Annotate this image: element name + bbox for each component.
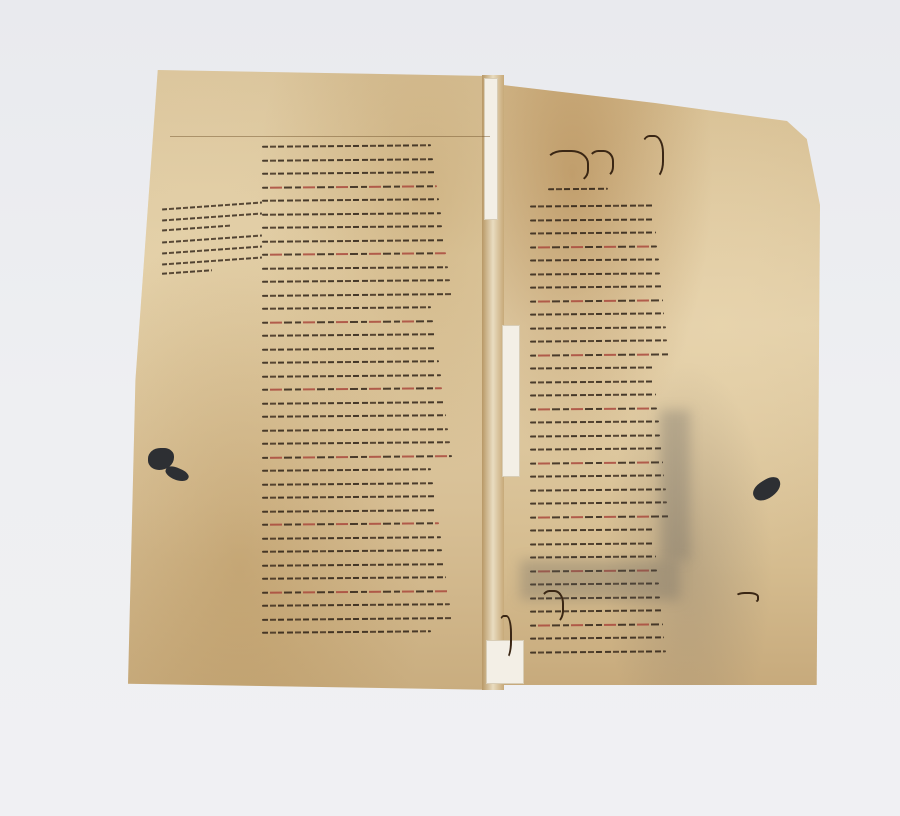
- script-line: [530, 650, 666, 653]
- script-line: [262, 347, 437, 351]
- script-line: [262, 455, 452, 459]
- script-line: [262, 536, 441, 540]
- script-line: [530, 366, 653, 369]
- script-line: [530, 488, 666, 491]
- page-rule-line: [170, 136, 490, 137]
- script-line: [530, 231, 656, 234]
- worm-track: [498, 615, 512, 659]
- script-line: [262, 414, 446, 418]
- script-line: [262, 185, 437, 189]
- worm-track: [735, 592, 759, 604]
- script-line: [262, 333, 435, 337]
- script-line: [262, 293, 452, 297]
- script-line: [262, 441, 450, 445]
- script-line: [262, 576, 446, 580]
- script-line: [262, 482, 433, 485]
- script-line: [530, 447, 662, 450]
- script-line: [530, 353, 669, 356]
- spine-repair-strip: [502, 325, 520, 477]
- worm-track: [540, 590, 564, 624]
- script-line: [262, 590, 448, 594]
- script-line: [262, 563, 444, 567]
- script-line: [262, 239, 444, 243]
- script-line: [530, 204, 653, 207]
- script-line: [262, 252, 446, 256]
- script-line: [530, 501, 667, 504]
- script-line: [262, 225, 442, 229]
- script-line: [530, 555, 656, 558]
- script-line: [262, 374, 441, 378]
- script-line: [262, 306, 431, 309]
- script-line: [530, 285, 662, 288]
- script-line: [530, 434, 660, 437]
- script-line: [530, 258, 659, 261]
- spine-repair-strip: [484, 78, 498, 220]
- script-line: [262, 279, 450, 283]
- script-line: [530, 542, 655, 545]
- script-line: [262, 630, 431, 633]
- worm-track: [545, 150, 589, 184]
- worm-track: [640, 135, 664, 179]
- script-line: [530, 326, 666, 329]
- script-line: [262, 144, 431, 147]
- left-page-text: [262, 145, 454, 645]
- script-line: [262, 360, 439, 364]
- script-line: [262, 158, 433, 161]
- script-line: [262, 198, 439, 202]
- script-line: [262, 171, 435, 175]
- worm-track: [588, 150, 614, 178]
- script-line: [530, 218, 655, 221]
- script-line: [262, 401, 444, 405]
- script-line: [530, 528, 653, 531]
- script-line: [530, 312, 664, 315]
- script-line: [262, 320, 433, 323]
- script-line: [530, 420, 659, 423]
- script-line: [530, 339, 667, 342]
- script-line: [262, 522, 439, 526]
- script-line: [262, 509, 437, 513]
- script-line: [530, 407, 657, 410]
- script-line: [530, 245, 657, 248]
- script-line: [262, 549, 442, 553]
- script-line: [530, 299, 663, 302]
- gray-smudge: [660, 410, 690, 560]
- script-line: [262, 266, 448, 270]
- script-line: [530, 636, 664, 639]
- script-line: [530, 461, 663, 464]
- script-line: [530, 380, 655, 383]
- right-page-heading: [548, 188, 608, 202]
- script-line: [262, 468, 431, 471]
- script-line: [262, 212, 441, 216]
- script-line: [530, 393, 656, 396]
- script-line: [530, 515, 669, 518]
- script-line: [262, 603, 450, 607]
- script-line: [262, 387, 442, 391]
- left-margin-notes: [162, 205, 262, 282]
- script-line: [262, 428, 448, 432]
- script-line: [262, 495, 435, 499]
- manuscript-photo: Open antique Ottoman/Arabic-script manus…: [0, 0, 900, 816]
- script-line: [530, 272, 660, 275]
- script-line: [530, 474, 664, 477]
- script-line: [262, 617, 452, 621]
